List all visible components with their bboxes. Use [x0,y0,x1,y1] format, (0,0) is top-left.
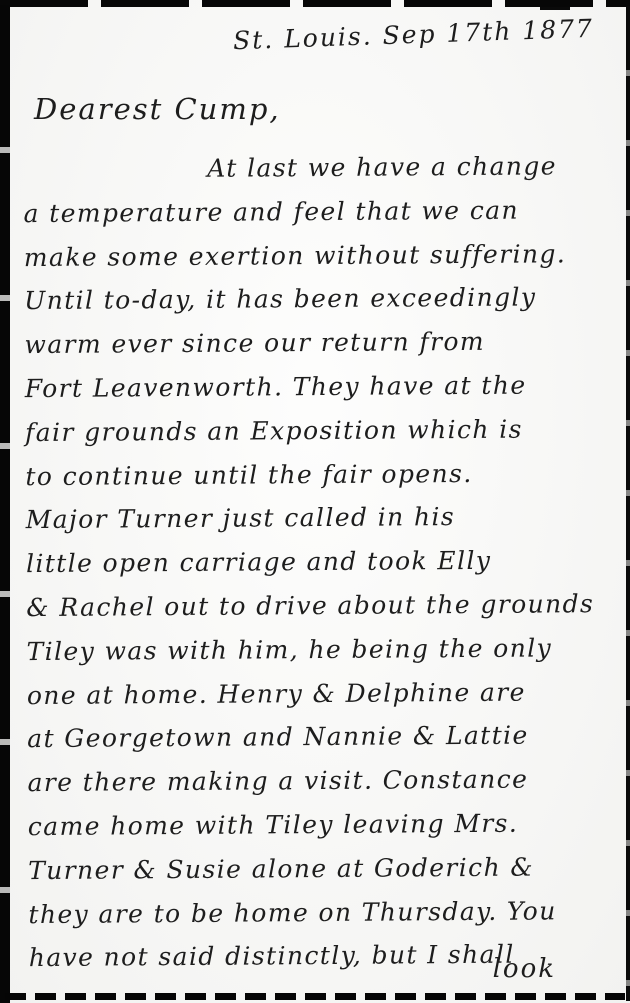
scanned-letter-page: St. Louis. Sep 17th 1877 Dearest Cump, A… [0,0,630,1003]
salutation: Dearest Cump, [34,92,281,126]
letter-line: Tiley was with him, he being the only [26,626,622,674]
scan-border-left [0,5,10,1003]
letter-line: one at home. Henry & Delphine are [27,669,623,717]
letter-line: little open carriage and took Elly [26,538,622,586]
dateline: St. Louis. Sep 17th 1877 [233,14,595,56]
letter-line: came home with Tiley leaving Mrs. [28,801,624,849]
scan-border-top-fragment [540,7,570,10]
letter-line: to continue until the fair opens. [25,451,621,499]
letter-line: & Rachel out to drive about the grounds [26,582,622,630]
letter-line: are there making a visit. Constance [27,757,623,805]
letter-body: At last we have a change a temperature a… [23,144,625,980]
scan-border-bottom [5,993,625,1000]
letter-line: make some exertion without suffering. [24,232,620,280]
letter-line: a temperature and feel that we can [23,188,619,236]
letter-line: at Georgetown and Nannie & Lattie [27,713,623,761]
scan-border-top [0,0,630,7]
letter-line: Turner & Susie alone at Goderich & [28,845,624,893]
letter-line: warm ever since our return from [24,319,620,367]
scan-border-right [626,6,630,1001]
letter-line: At last we have a change [23,144,619,192]
letter-line: Major Turner just called in his [26,494,622,542]
letter-line: Fort Leavenworth. They have at the [25,363,621,411]
catchword: look [493,954,556,984]
letter-line: they are to be home on Thursday. You [28,888,624,936]
letter-line: fair grounds an Exposition which is [25,407,621,455]
letter-line: Until to-day, it has been exceedingly [24,275,620,323]
